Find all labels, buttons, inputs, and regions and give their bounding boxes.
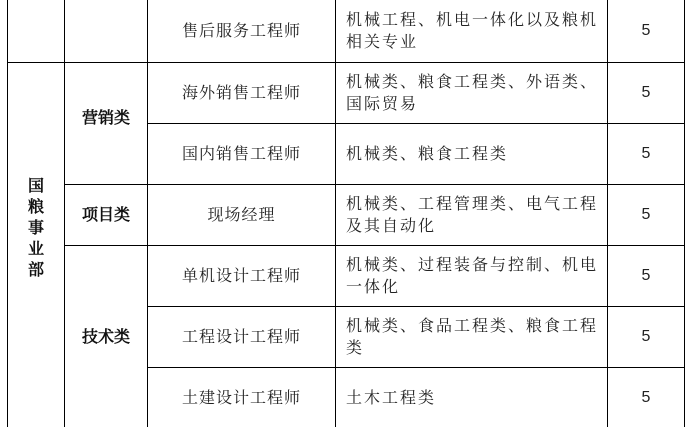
recruitment-table-page: 售后服务工程师 机械工程、机电一体化以及粮机相关专业 5 国粮事业部 营销类 海… <box>0 0 688 427</box>
count-cell: 5 <box>608 368 685 427</box>
category-label: 项目类 <box>82 205 130 224</box>
table-row: 项目类 现场经理 机械类、工程管理类、电气工程及其自动化 5 <box>8 185 685 246</box>
count-cell: 5 <box>608 0 685 63</box>
department-cell-previous <box>8 0 65 63</box>
major-cell: 机械类、粮食工程类、外语类、国际贸易 <box>336 63 608 124</box>
category-cell-previous <box>65 0 148 63</box>
count-cell: 5 <box>608 63 685 124</box>
position-cell: 现场经理 <box>148 185 336 246</box>
major-cell: 机械类、工程管理类、电气工程及其自动化 <box>336 185 608 246</box>
count-cell: 5 <box>608 307 685 368</box>
department-cell: 国粮事业部 <box>8 63 65 427</box>
category-cell-marketing: 营销类 <box>65 63 148 185</box>
recruitment-table: 售后服务工程师 机械工程、机电一体化以及粮机相关专业 5 国粮事业部 营销类 海… <box>7 0 685 427</box>
major-cell: 机械工程、机电一体化以及粮机相关专业 <box>336 0 608 63</box>
category-cell-project: 项目类 <box>65 185 148 246</box>
category-cell-technical: 技术类 <box>65 246 148 427</box>
position-cell: 售后服务工程师 <box>148 0 336 63</box>
major-cell: 土木工程类 <box>336 368 608 427</box>
major-cell: 机械类、过程装备与控制、机电一体化 <box>336 246 608 307</box>
table-row: 国粮事业部 营销类 海外销售工程师 机械类、粮食工程类、外语类、国际贸易 5 <box>8 63 685 124</box>
table-row: 售后服务工程师 机械工程、机电一体化以及粮机相关专业 5 <box>8 0 685 63</box>
major-cell: 机械类、粮食工程类 <box>336 124 608 185</box>
position-cell: 土建设计工程师 <box>148 368 336 427</box>
position-cell: 单机设计工程师 <box>148 246 336 307</box>
count-cell: 5 <box>608 124 685 185</box>
department-label: 国粮事业部 <box>27 175 45 280</box>
major-cell: 机械类、食品工程类、粮食工程类 <box>336 307 608 368</box>
category-label: 营销类 <box>82 108 130 127</box>
count-cell: 5 <box>608 185 685 246</box>
count-cell: 5 <box>608 246 685 307</box>
category-label: 技术类 <box>82 327 130 346</box>
position-cell: 国内销售工程师 <box>148 124 336 185</box>
position-cell: 工程设计工程师 <box>148 307 336 368</box>
table-row: 技术类 单机设计工程师 机械类、过程装备与控制、机电一体化 5 <box>8 246 685 307</box>
position-cell: 海外销售工程师 <box>148 63 336 124</box>
